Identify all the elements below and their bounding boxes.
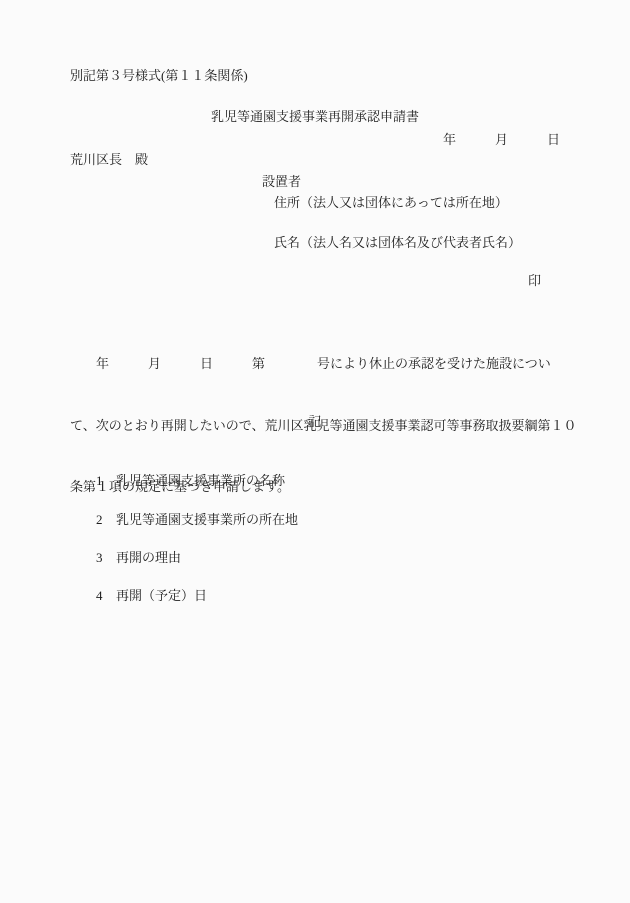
item-label: 乳児等通園支援事業所の名称 — [116, 473, 285, 488]
item-label: 再開の理由 — [116, 550, 181, 565]
item-number: 2 — [96, 511, 116, 528]
form-number-label: 別記第３号様式(第１１条関係) — [70, 67, 248, 84]
list-heading: 記 — [0, 413, 630, 430]
applicant-name-label: 氏名（法人名又は団体名及び代表者氏名） — [274, 234, 521, 251]
item-number: 4 — [96, 587, 116, 604]
document-title: 乳児等通園支援事業再開承認申請書 — [0, 108, 630, 125]
body-line-1: 年 月 日 第 号により休止の承認を受けた施設につい — [70, 350, 576, 378]
addressee-line: 荒川区長 殿 — [70, 151, 148, 168]
applicant-role-label: 設置者 — [262, 173, 301, 190]
item-number: 1 — [96, 472, 116, 489]
item-label: 乳児等通園支援事業所の所在地 — [116, 512, 298, 527]
seal-mark: 印 — [528, 272, 541, 289]
item-label: 再開（予定）日 — [116, 588, 207, 603]
item-number: 3 — [96, 549, 116, 566]
document-page: 別記第３号様式(第１１条関係) 乳児等通園支援事業再開承認申請書 年 月 日 荒… — [0, 0, 630, 903]
applicant-address-label: 住所（法人又は団体にあっては所在地） — [274, 194, 508, 211]
date-line: 年 月 日 — [443, 131, 560, 148]
list-item-4: 4再開（予定）日 — [83, 570, 207, 621]
